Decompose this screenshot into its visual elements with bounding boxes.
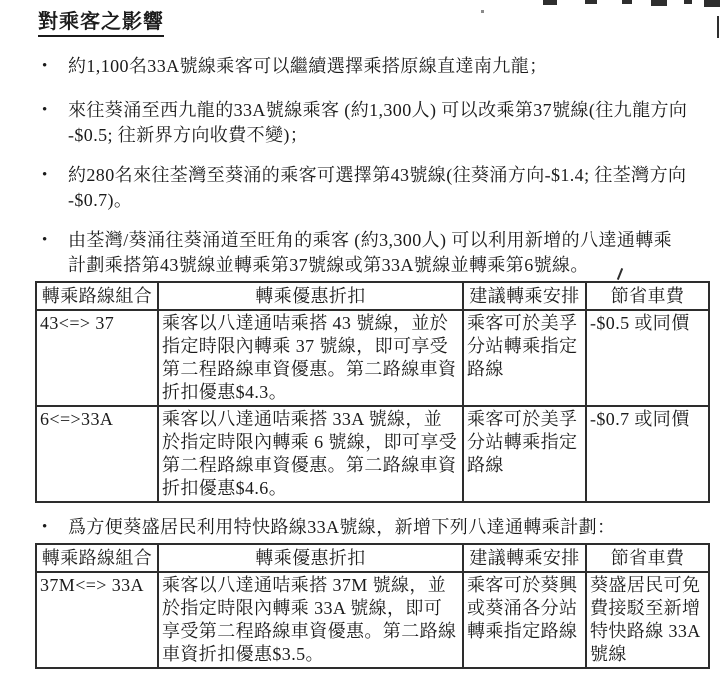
transfer-scheme-table-2: 轉乘路線組合 轉乘優惠折扣 建議轉乘安排 節省車費 37M<=> 33A 乘客以… bbox=[35, 543, 710, 669]
scan-artifact bbox=[543, 0, 557, 5]
bullet-icon: • bbox=[42, 228, 68, 253]
cell-discount: 乘客以八達通咭乘搭 37M 號線，並於指定時限內轉乘 33A 號線，即可享受第二… bbox=[158, 572, 463, 668]
scan-artifact bbox=[622, 0, 632, 4]
bullet-icon: • bbox=[42, 54, 68, 79]
cell-arrangement: 乘客可於葵興或葵涌各分站轉乘指定路線 bbox=[463, 572, 586, 668]
table-row: 43<=> 37 乘客以八達通咭乘搭 43 號線，並於指定時限內轉乘 37 號線… bbox=[36, 310, 709, 406]
cell-route-combo: 43<=> 37 bbox=[36, 310, 158, 406]
table-header-row: 轉乘路線組合 轉乘優惠折扣 建議轉乘安排 節省車費 bbox=[36, 544, 709, 572]
bullet-text-line: 約280名來往荃灣至葵涌的乘客可選擇第43號線(往葵涌方向-$1.4; 往荃灣方… bbox=[68, 163, 702, 188]
header-cell-savings: 節省車費 bbox=[586, 282, 709, 310]
header-cell-route-combo: 轉乘路線組合 bbox=[36, 544, 158, 572]
bullet-icon: • bbox=[42, 163, 68, 188]
bullet-item: • 由荃灣/葵涌往葵涌道至旺角的乘客 (約3,300人) 可以利用新增的八達通轉… bbox=[42, 228, 702, 278]
scan-artifact bbox=[651, 0, 667, 6]
cell-route-combo: 37M<=> 33A bbox=[36, 572, 158, 668]
table-row: 6<=>33A 乘客以八達通咭乘搭 33A 號線，並於指定時限內轉乘 6 號線，… bbox=[36, 406, 709, 502]
scan-artifact bbox=[717, 16, 719, 38]
cell-arrangement: 乘客可於美孚分站轉乘指定路線 bbox=[463, 406, 586, 502]
bullet-text-line: 爲方便葵盛居民利用特快路線33A號線，新增下列八達通轉乘計劃： bbox=[68, 515, 702, 540]
bullet-text-line: 來往葵涌至西九龍的33A號線乘客 (約1,300人) 可以改乘第37號線(往九龍… bbox=[68, 98, 702, 123]
bullet-text-line: -$0.7)。 bbox=[68, 188, 702, 213]
header-cell-arrangement: 建議轉乘安排 bbox=[463, 544, 586, 572]
scan-artifact bbox=[684, 0, 692, 4]
bullet-text-line: -$0.5; 往新界方向收費不變)； bbox=[68, 123, 702, 148]
bullet-text: 約280名來往荃灣至葵涌的乘客可選擇第43號線(往葵涌方向-$1.4; 往荃灣方… bbox=[68, 163, 702, 213]
cell-discount: 乘客以八達通咭乘搭 33A 號線，並於指定時限內轉乘 6 號線，即可享受第二程路… bbox=[158, 406, 463, 502]
header-cell-route-combo: 轉乘路線組合 bbox=[36, 282, 158, 310]
bullet-item: • 爲方便葵盛居民利用特快路線33A號線，新增下列八達通轉乘計劃： bbox=[42, 515, 702, 540]
bullet-item: • 約1,100名33A號線乘客可以繼續選擇乘搭原線直達南九龍； bbox=[42, 54, 702, 79]
transfer-scheme-table-1: 轉乘路線組合 轉乘優惠折扣 建議轉乘安排 節省車費 43<=> 37 乘客以八達… bbox=[35, 281, 710, 503]
header-cell-arrangement: 建議轉乘安排 bbox=[463, 282, 586, 310]
cell-route-combo: 6<=>33A bbox=[36, 406, 158, 502]
cell-savings: 葵盛居民可免費接駁至新增特快路線 33A 號線 bbox=[586, 572, 709, 668]
cell-arrangement: 乘客可於美孚分站轉乘指定路線 bbox=[463, 310, 586, 406]
bullet-text: 由荃灣/葵涌往葵涌道至旺角的乘客 (約3,300人) 可以利用新增的八達通轉乘 … bbox=[68, 228, 702, 278]
bullet-item: • 約280名來往荃灣至葵涌的乘客可選擇第43號線(往葵涌方向-$1.4; 往荃… bbox=[42, 163, 702, 213]
cell-savings: -$0.5 或同價 bbox=[586, 310, 709, 406]
scan-artifact bbox=[585, 0, 597, 4]
header-cell-discount: 轉乘優惠折扣 bbox=[158, 544, 463, 572]
table-header-row: 轉乘路線組合 轉乘優惠折扣 建議轉乘安排 節省車費 bbox=[36, 282, 709, 310]
header-cell-discount: 轉乘優惠折扣 bbox=[158, 282, 463, 310]
document-page: 對乘客之影響 • 約1,100名33A號線乘客可以繼續選擇乘搭原線直達南九龍； … bbox=[0, 0, 725, 680]
bullet-text-line: 約1,100名33A號線乘客可以繼續選擇乘搭原線直達南九龍； bbox=[68, 54, 702, 79]
table-row: 37M<=> 33A 乘客以八達通咭乘搭 37M 號線，並於指定時限內轉乘 33… bbox=[36, 572, 709, 668]
scan-artifact bbox=[481, 10, 484, 13]
cell-discount: 乘客以八達通咭乘搭 43 號線，並於指定時限內轉乘 37 號線，即可享受第二程路… bbox=[158, 310, 463, 406]
header-cell-savings: 節省車費 bbox=[586, 544, 709, 572]
scan-artifact bbox=[704, 0, 720, 7]
bullet-text: 來往葵涌至西九龍的33A號線乘客 (約1,300人) 可以改乘第37號線(往九龍… bbox=[68, 98, 702, 148]
cell-savings: -$0.7 或同價 bbox=[586, 406, 709, 502]
bullet-text: 約1,100名33A號線乘客可以繼續選擇乘搭原線直達南九龍； bbox=[68, 54, 702, 79]
bullet-item: • 來往葵涌至西九龍的33A號線乘客 (約1,300人) 可以改乘第37號線(往… bbox=[42, 98, 702, 148]
bullet-icon: • bbox=[42, 515, 68, 540]
bullet-text: 爲方便葵盛居民利用特快路線33A號線，新增下列八達通轉乘計劃： bbox=[68, 515, 702, 540]
bullet-text-line: 計劃乘搭第43號線並轉乘第37號線或第33A號線並轉乘第6號線。 bbox=[68, 253, 702, 278]
bullet-icon: • bbox=[42, 98, 68, 123]
bullet-text-line: 由荃灣/葵涌往葵涌道至旺角的乘客 (約3,300人) 可以利用新增的八達通轉乘 bbox=[68, 228, 702, 253]
page-title: 對乘客之影響 bbox=[38, 5, 164, 37]
